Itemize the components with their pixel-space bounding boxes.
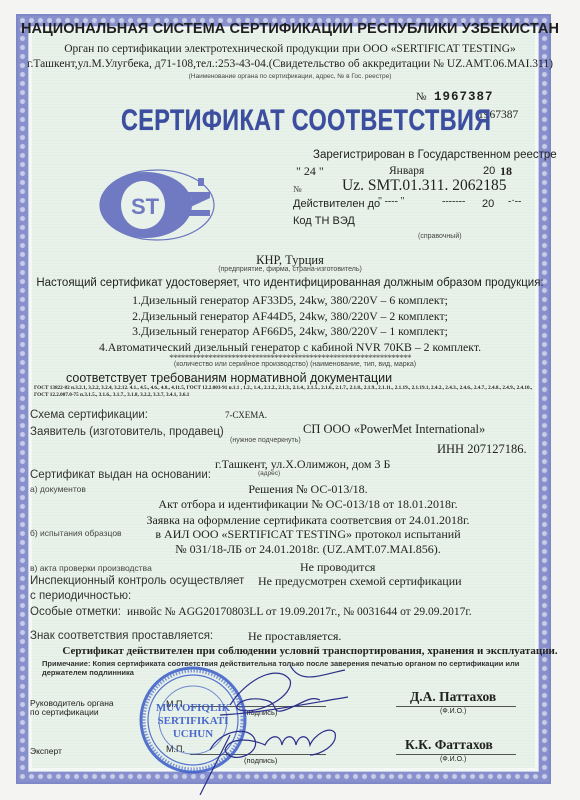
document-line: Решения № ОС-013/18. [0,482,580,497]
valid-until-day: " ---- " [378,196,404,207]
special-notes-label: Особые отметки: [30,606,121,618]
applicant-label: Заявитель (изготовитель, продавец) [30,426,224,438]
head-name: Д.А. Паттахов [410,689,496,705]
registration-day: " 24 " [296,164,324,179]
valid-until-year-suffix: -·-- [508,196,521,207]
organ-address-hint: (Наименование органа по сертификации, ад… [0,73,580,80]
registration-title: Зарегистрирован в Государственном реестр… [313,149,557,161]
complies-statement: соответствует требованиям нормативной до… [66,371,392,385]
expert-label: Эксперт [30,746,62,756]
organ-address: г.Ташкент,ул.М.Улугбека, д71-108,тел.:25… [0,58,580,70]
registration-number: Uz. SMT.01.311. 2062185 [342,177,506,195]
document-line: Акт отбора и идентификации № ОС-013/18 о… [0,497,580,512]
name-hint: (Ф.И.О.) [440,756,466,763]
svg-text:ST: ST [131,194,160,219]
product-item: 3.Дизельный генератор AF66D5, 24kw, 380/… [0,324,580,340]
certificate-number: 1967387 [434,90,494,104]
product-item: 1.Дизельный генератор AF33D5, 24kw, 380/… [0,293,580,309]
tnved-hint: (справочный) [418,233,462,240]
manufacturer-hint: (предприятие, фирма, страна-изготовитель… [0,266,580,273]
name-line [396,706,516,707]
certificate-number-label: № [416,91,427,103]
document-line: № 031/18-ЛБ от 24.01.2018г. (UZ.AMT.07.M… [0,542,580,557]
basis-label: Сертификат выдан на основании: [30,469,211,481]
quantity-hint: (количество или серийное производство) (… [0,361,580,368]
scheme-label: Схема сертификации: [30,409,148,421]
inn-value: ИНН 207127186. [437,442,527,457]
head-of-organ-label: Руководитель органа по сертификации [30,699,114,717]
product-list: 1.Дизельный генератор AF33D5, 24kw, 380/… [0,293,580,355]
expert-name: К.К. Фаттахов [405,737,493,753]
registration-number-label: № [293,184,302,194]
product-item: 2.Дизельный генератор AF44D5, 24kw, 380/… [0,309,580,325]
valid-until-month: ------- [442,196,465,207]
special-notes-value: инвойс № AGG20170803LL от 19.09.2017г., … [127,606,472,618]
certificate-title: СЕРТИФИКАТ СООТВЕТСТВИЯ [121,104,491,138]
conformity-mark-label: Знак соответствия проставляется: [30,630,213,642]
applicant-hint: (нужное подчеркнуть) [230,437,301,444]
applicant-address-hint: (адрес) [258,470,280,477]
conformity-mark-value: Не проставляется. [248,629,341,644]
registration-year-prefix: 20 [483,165,495,177]
certifies-statement: Настоящий сертификат удостоверяет, что и… [0,277,580,289]
st-logo-icon: ST [98,168,216,242]
tnved-code-label: Код ТН ВЭД [293,215,355,227]
national-system-heading: НАЦИОНАЛЬНАЯ СИСТЕМА СЕРТИФИКАЦИИ РЕСПУБ… [0,21,580,37]
applicant-value: СП ООО «PowerMet International» [303,422,485,437]
certification-organ: Орган по сертификации электротехнической… [0,43,580,55]
inspection-label: Инспекционный контроль осуществляет [30,575,244,587]
document-line: Заявка на оформление сертификата соответ… [0,513,580,528]
name-hint: (Ф.И.О.) [440,708,466,715]
document-line: в АИЛ ООО «SERTIFICAT TESTING» протокол … [0,527,580,542]
registration-month: Января [389,165,424,177]
valid-until-label: Действителен до [293,198,380,210]
name-line [396,754,516,755]
audit-value: Не проводится [300,560,375,575]
audit-label: в) акта проверки производства [30,563,152,573]
applicant-address: г.Ташкент, ул.Х.Олимжон, дом 3 Б [215,457,390,472]
gost-standards: ГОСТ 13822-82 п.3.2.1, 3.2.2, 3.2.4, 3.2… [34,385,546,399]
inspection-value: Не предусмотрен схемой сертификации [258,574,462,589]
valid-until-year-prefix: 20 [482,198,494,210]
scheme-value: 7-СХЕМА. [225,410,267,420]
inspection-period-label: с периодичностью: [30,590,131,602]
signature-scribble-icon [170,655,350,795]
